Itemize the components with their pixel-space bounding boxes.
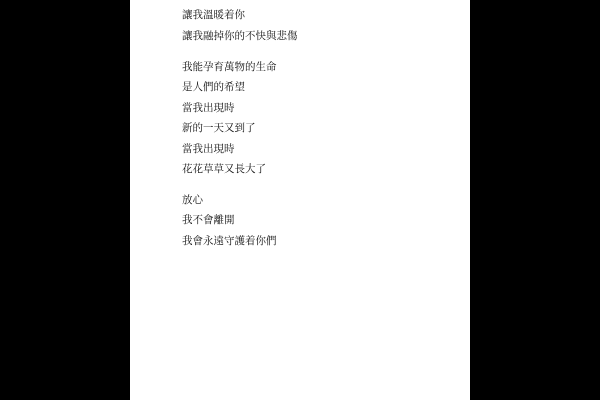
- poem-line: 當我出現時: [182, 101, 235, 115]
- poem-line: 新的一天又到了: [182, 121, 256, 135]
- poem-line: 我會永遠守護着你們: [182, 234, 277, 248]
- poem-line: 我不會離開: [182, 213, 235, 227]
- poem-line: 花花草草又長大了: [182, 162, 266, 176]
- poem-line: 我能孕育萬物的生命: [182, 60, 277, 74]
- document-page: 讓我溫暖着你 讓我融掉你的不快與悲傷 我能孕育萬物的生命 是人們的希望 當我出現…: [130, 0, 470, 400]
- poem-line: 讓我溫暖着你: [182, 8, 245, 22]
- poem-line: 當我出現時: [182, 142, 235, 156]
- poem-line: 是人們的希望: [182, 80, 245, 94]
- poem-line: 放心: [182, 193, 203, 207]
- poem-line: 讓我融掉你的不快與悲傷: [182, 29, 298, 43]
